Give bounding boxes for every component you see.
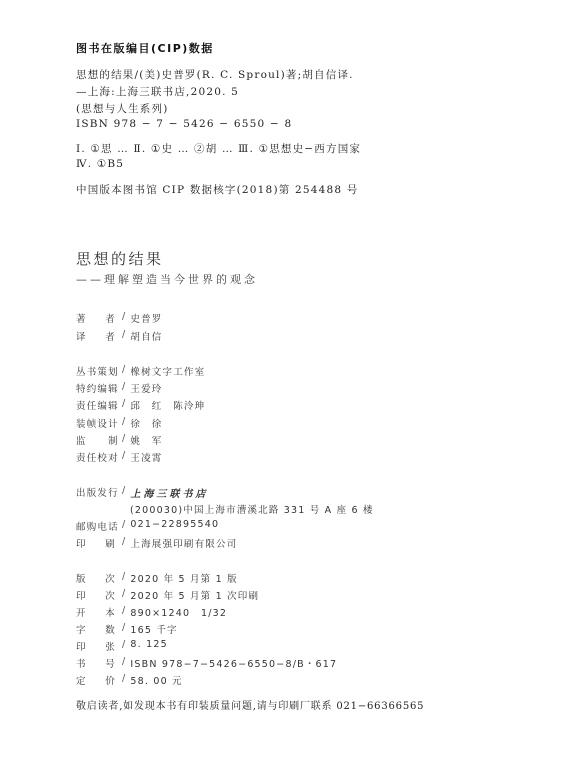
mail-order-phone-row: 邮购电话/021−22895540 [76,519,219,533]
credit-production: 监 制/姚 军 [76,433,163,447]
spec-word-count: 字数/165 千字 [76,622,178,636]
credit-translator: 译者 / 胡自信 [76,329,163,343]
credit-proofreader: 责任校对/王凌霄 [76,450,163,464]
cip-record-number: 中国版本图书馆 CIP 数据核字(2018)第 254488 号 [76,182,359,197]
credit-responsible-editor: 责任编辑/邱 红 陈泠珅 [76,398,205,412]
credit-design: 装帧设计/徐 徐 [76,416,163,430]
cip-classification: Ⅳ. ①B5 [76,158,124,170]
spec-printing: 印次/2020 年 5 月第 1 次印刷 [76,588,259,602]
credit-series-planner: 丛书策划/橡树文字工作室 [76,364,205,378]
cip-line: (思想与人生系列) [76,101,169,116]
credit-contract-editor: 特约编辑/王爱玲 [76,381,163,395]
credit-author: 著者 / 史普罗 [76,311,163,325]
reader-notice: 敬启读者,如发现本书有印装质量问题,请与印刷厂联系 021−66366565 [76,697,424,712]
translator-name: 胡自信 [130,329,162,343]
cip-line: ISBN 978 − 7 − 5426 − 6550 − 8 [76,118,292,130]
spec-isbn: 书号/ISBN 978−7−5426−6550−8/B・617 [76,656,337,670]
publisher-logo: 上海三联书店 [130,485,208,500]
cip-classification: Ⅰ. ①思 … Ⅱ. ①史 … ②胡 … Ⅲ. ①思想史−西方国家 [76,141,361,156]
spec-price: 定价/58. 00 元 [76,673,183,687]
book-subtitle: ——理解塑造当今世界的观念 [76,271,258,287]
publisher-row: 出版发行/ 上海三联书店 [76,485,208,500]
spec-format: 开本/890×1240 1/32 [76,605,227,619]
cip-heading: 图书在版编目(CIP)数据 [76,40,214,56]
printer-row: 印刷 /上海展强印刷有限公司 [76,536,237,550]
spec-edition: 版次/2020 年 5 月第 1 版 [76,571,238,585]
author-name: 史普罗 [130,311,162,325]
spec-sheets: 印张/8. 125 [76,639,168,653]
cip-line: 思想的结果/(美)史普罗(R. C. Sproul)著;胡自信译. [76,67,354,82]
publisher-address: (200030)中国上海市漕溪北路 331 号 A 座 6 楼 [130,502,374,516]
cip-line: —上海:上海三联书店,2020. 5 [76,84,239,99]
book-title: 思想的结果 [76,248,164,269]
